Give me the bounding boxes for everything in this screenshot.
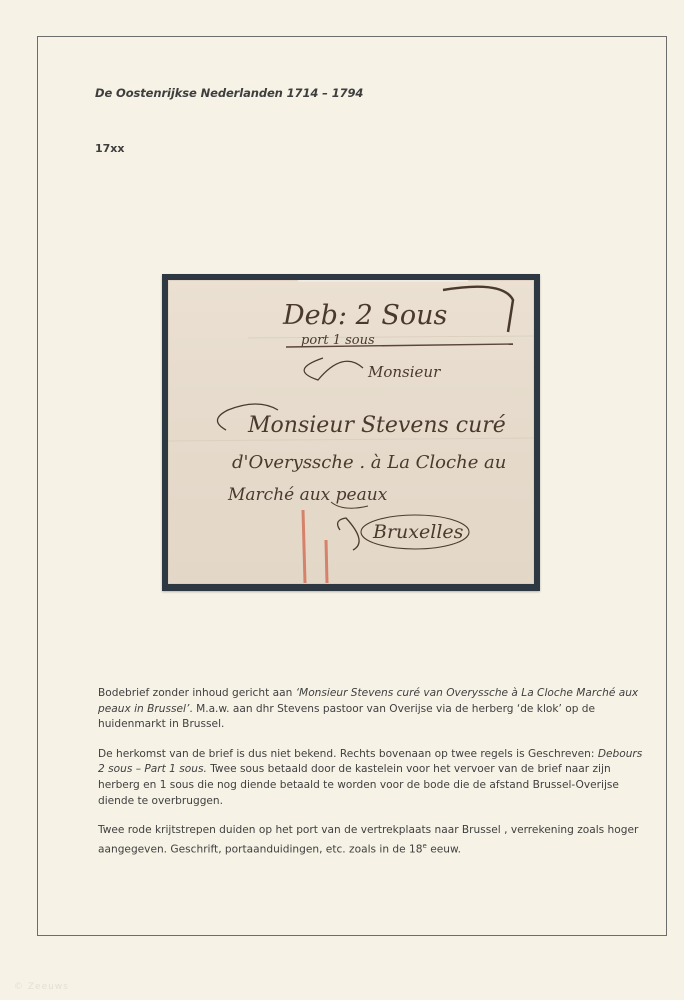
monsieur-top: Monsieur	[367, 363, 441, 381]
address-line-2: d'Overyssche . à La Cloche au	[232, 452, 506, 473]
text-run: Twee rode krijtstrepen duiden op het por…	[98, 824, 638, 855]
watermark: © Zeeuws	[14, 982, 69, 992]
page-title: De Oostenrijkse Nederlanden 1714 – 1794	[95, 86, 363, 100]
letter-image: Deb: 2 Sous port 1 sous Monsieur Monsieu…	[168, 280, 534, 584]
address-line-3: Marché aux peaux	[227, 485, 388, 505]
debours-annotation: Deb: 2 Sous	[282, 300, 447, 331]
address-line-1: Monsieur Stevens curé	[247, 413, 506, 438]
paragraph-2: De herkomst van de brief is dus niet bek…	[98, 747, 643, 809]
address-city: Bruxelles	[372, 521, 464, 543]
text-run: eeuw.	[427, 843, 461, 855]
letter-image-frame: Deb: 2 Sous port 1 sous Monsieur Monsieu…	[162, 274, 540, 591]
red-crayon-stroke-2	[326, 540, 327, 583]
date-label: 17xx	[95, 142, 125, 155]
red-crayon-stroke-1	[303, 510, 305, 583]
paragraph-1: Bodebrief zonder inhoud gericht aan ‘Mon…	[98, 686, 643, 733]
text-run: Bodebrief zonder inhoud gericht aan	[98, 687, 296, 699]
paragraph-3: Twee rode krijtstrepen duiden op het por…	[98, 823, 643, 858]
description-text: Bodebrief zonder inhoud gericht aan ‘Mon…	[98, 686, 643, 872]
letter-handwriting: Deb: 2 Sous port 1 sous Monsieur Monsieu…	[168, 280, 534, 584]
text-run: De herkomst van de brief is dus niet bek…	[98, 748, 598, 760]
